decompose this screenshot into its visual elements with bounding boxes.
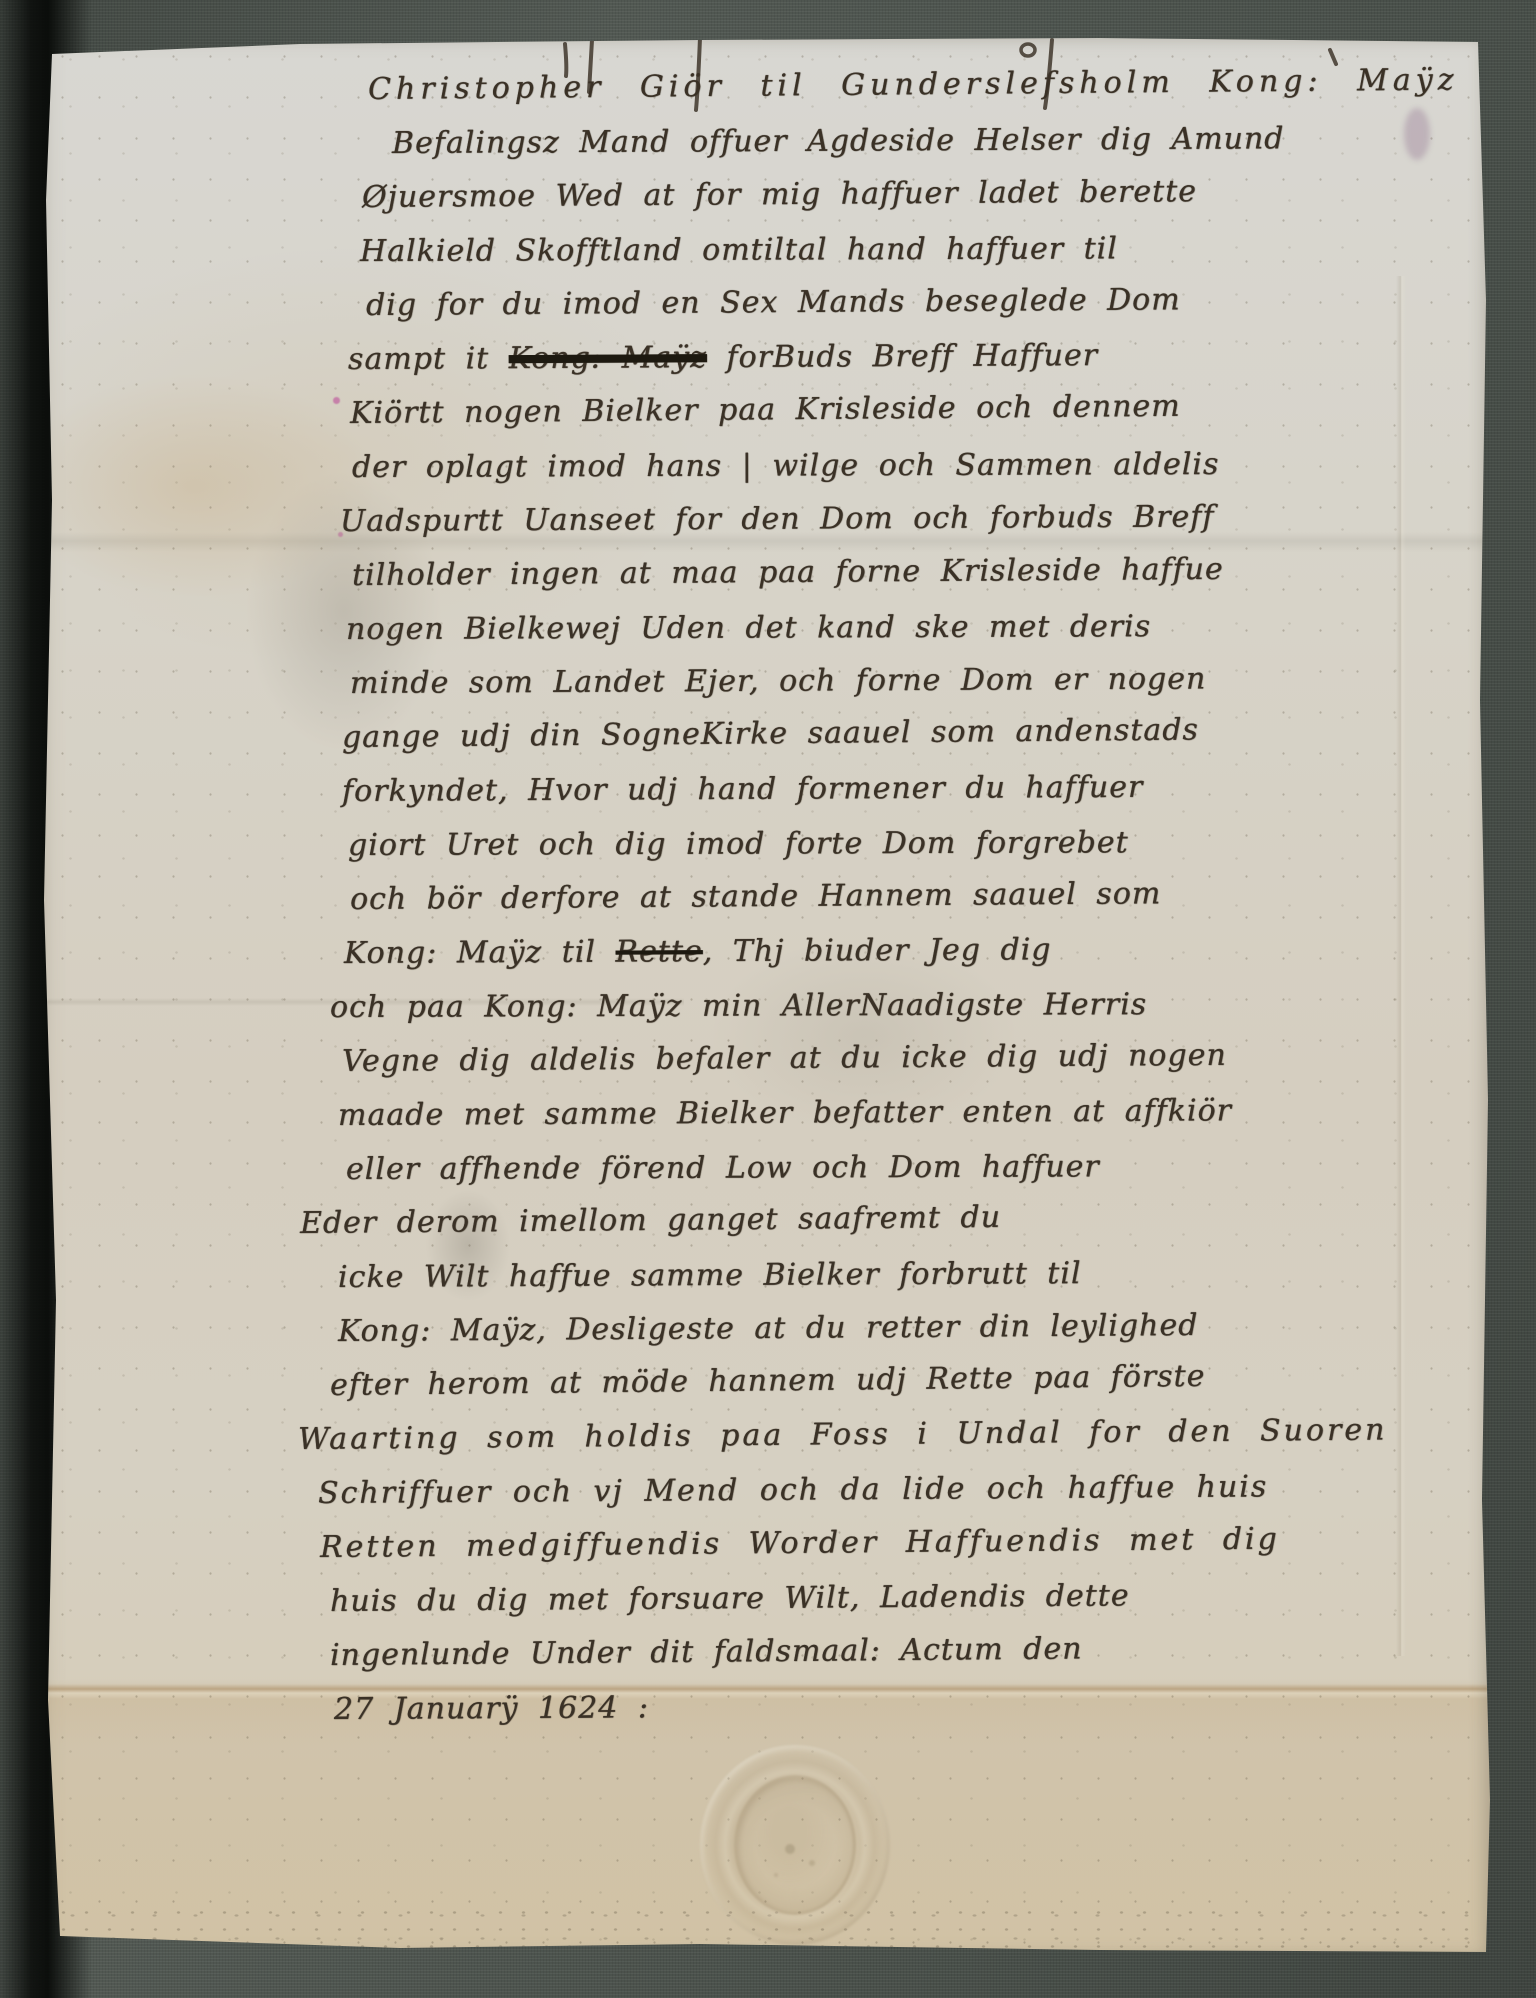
manuscript-line-22: Eder derom imellom ganget saafremt du xyxy=(300,1191,1001,1251)
struck-out-text: Kong: Maÿz xyxy=(509,340,707,376)
manuscript-line-7: Kiörtt nogen Bielker paa Krisleside och … xyxy=(350,380,1181,441)
manuscript-line-31: 27 Januarÿ 1624 : xyxy=(334,1681,649,1737)
manuscript-line-23: icke Wilt haffue samme Bielker forbrutt … xyxy=(338,1247,1082,1305)
manuscript-line-30: ingenlunde Under dit faldsmaal: Actum de… xyxy=(330,1622,1083,1683)
manuscript-line-24: Kong: Maÿz, Desligeste at du retter din … xyxy=(338,1299,1199,1359)
manuscript-line-3: Øjuersmoe Wed at for mig haffuer ladet b… xyxy=(362,165,1197,225)
manuscript-line-9: Uadspurtt Uanseet for den Dom och forbud… xyxy=(340,490,1215,549)
manuscript-line-5: dig for du imod en Sex Mands beseglede D… xyxy=(366,273,1181,333)
manuscript-line-20: maade met samme Bielker befatter enten a… xyxy=(338,1084,1232,1143)
manuscript-line-26: Waarting som holdis paa Foss i Undal for… xyxy=(298,1403,1388,1467)
manuscript-line-15: giort Uret och dig imod forte Dom forgre… xyxy=(348,816,1129,873)
manuscript-line-8: der oplagt imod hans | wilge och Sammen … xyxy=(352,438,1220,495)
manuscript-line-12: minde som Landet Ejer, och forne Dom er … xyxy=(350,653,1207,711)
manuscript-line-2: Befalingsz Mand offuer Agdeside Helser d… xyxy=(392,112,1285,171)
seal-inner-ring xyxy=(734,1775,856,1915)
manuscript-page: Christopher Giör til Gunderslefsholm Kon… xyxy=(44,36,1490,1958)
manuscript-line-4: Halkield Skofftland omtiltal hand haffue… xyxy=(360,222,1118,279)
archival-manuscript-photo: { "document": { "kind": "handwritten let… xyxy=(0,0,1536,1998)
manuscript-line-21: eller affhende förend Low och Dom haffue… xyxy=(346,1140,1100,1197)
manuscript-line-6: sampt it Kong: Maÿz forBuds Breff Haffue… xyxy=(348,329,1098,387)
manuscript-line-14: forkyndet, Hvor udj hand formener du haf… xyxy=(342,761,1144,819)
struck-out-text: Rette xyxy=(615,934,702,969)
manuscript-line-19: Vegne dig aldelis befaler at du icke dig… xyxy=(342,1029,1227,1089)
embossed-seal-impression xyxy=(700,1745,890,1945)
manuscript-line-13: gange udj din SogneKirke saauel som ande… xyxy=(342,704,1199,765)
manuscript-line-1: Christopher Giör til Gunderslefsholm Kon… xyxy=(368,53,1459,117)
manuscript-line-28: Retten medgiffuendis Worder Haffuendis m… xyxy=(320,1513,1280,1575)
manuscript-line-27: Schriffuer och vj Mend och da lide och h… xyxy=(318,1460,1269,1521)
manuscript-line-10: tilholder ingen at maa paa forne Krisles… xyxy=(352,543,1224,603)
manuscript-line-16: och bör derfore at stande Hannem saauel … xyxy=(350,867,1162,927)
letter-text-block: Christopher Giör til Gunderslefsholm Kon… xyxy=(44,36,1490,1958)
manuscript-line-11: nogen Bielkewej Uden det kand ske met de… xyxy=(346,600,1151,657)
manuscript-line-18: och paa Kong: Maÿz min AllerNaadigste He… xyxy=(330,978,1147,1035)
manuscript-line-17: Kong: Maÿz til Rette, Thj biuder Jeg dig xyxy=(344,923,1052,981)
manuscript-line-29: huis du dig met forsuare Wilt, Ladendis … xyxy=(330,1569,1130,1629)
manuscript-line-25: efter herom at möde hannem udj Rette paa… xyxy=(330,1350,1206,1413)
